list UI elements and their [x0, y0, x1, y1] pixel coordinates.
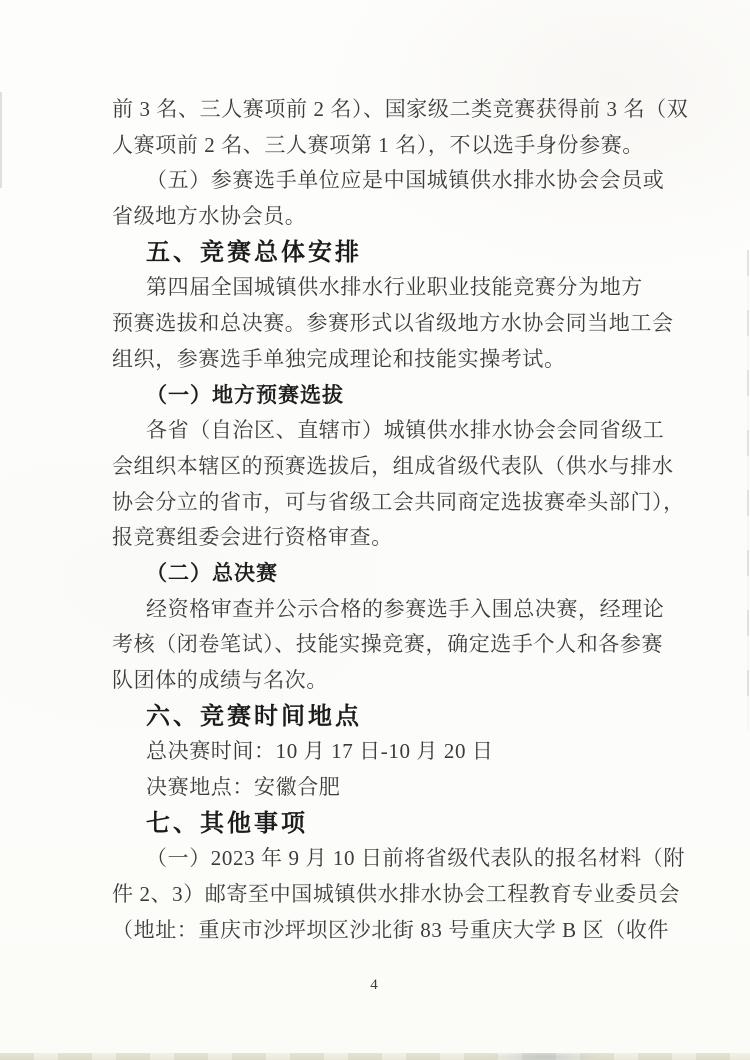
text-line: 报竞赛组委会进行资格审查。: [112, 520, 678, 556]
scanned-document-page: 前 3 名、三人赛项前 2 名）、国家级二类竞赛获得前 3 名（双人赛项前 2 …: [0, 0, 750, 1060]
text-line: 第四届全国城镇供水排水行业职业技能竞赛分为地方: [112, 270, 678, 306]
text-line: 组织，参赛选手单独完成理论和技能实操考试。: [112, 342, 678, 378]
scan-left-edge-artifact: [0, 92, 2, 188]
text-line: 前 3 名、三人赛项前 2 名）、国家级二类竞赛获得前 3 名（双: [112, 92, 678, 128]
subsection-heading: （一）地方预赛选拔: [112, 378, 678, 414]
text-line: （一）2023 年 9 月 10 日前将省级代表队的报名材料（附: [112, 841, 678, 877]
subsection-heading: （二）总决赛: [112, 556, 678, 592]
text-line: 队团体的成绩与名次。: [112, 663, 678, 699]
section-heading: 六、竞赛时间地点: [112, 699, 678, 735]
section-heading: 五、竞赛总体安排: [112, 235, 678, 271]
text-line: （五）参赛选手单位应是中国城镇供水排水协会会员或: [112, 163, 678, 199]
text-line: 经资格审查并公示合格的参赛选手入围总决赛，经理论: [112, 592, 678, 628]
scan-right-edge-artifact: [747, 250, 749, 730]
text-line: 件 2、3）邮寄至中国城镇供水排水协会工程教育专业委员会: [112, 877, 678, 913]
text-line: 决赛地点：安徽合肥: [112, 770, 678, 806]
text-line: 各省（自治区、直辖市）城镇供水排水协会会同省级工: [112, 413, 678, 449]
text-line: （地址：重庆市沙坪坝区沙北街 83 号重庆大学 B 区（收件: [112, 913, 678, 949]
text-line: 总决赛时间：10 月 17 日-10 月 20 日: [112, 734, 678, 770]
scan-bottom-edge-artifact: [0, 1053, 750, 1060]
text-line: 考核（闭卷笔试）、技能实操竞赛，确定选手个人和各参赛: [112, 627, 678, 663]
text-line: 省级地方水协会员。: [112, 199, 678, 235]
text-line: 协会分立的省市，可与省级工会共同商定选拔赛牵头部门），: [112, 485, 678, 521]
text-line: 人赛项前 2 名、三人赛项第 1 名），不以选手身份参赛。: [112, 128, 678, 164]
text-line: 会组织本辖区的预赛选拔后，组成省级代表队（供水与排水: [112, 449, 678, 485]
page-number: 4: [0, 974, 748, 996]
text-line: 预赛选拔和总决赛。参赛形式以省级地方水协会同当地工会: [112, 306, 678, 342]
section-heading: 七、其他事项: [112, 806, 678, 842]
document-body: 前 3 名、三人赛项前 2 名）、国家级二类竞赛获得前 3 名（双人赛项前 2 …: [112, 92, 678, 949]
